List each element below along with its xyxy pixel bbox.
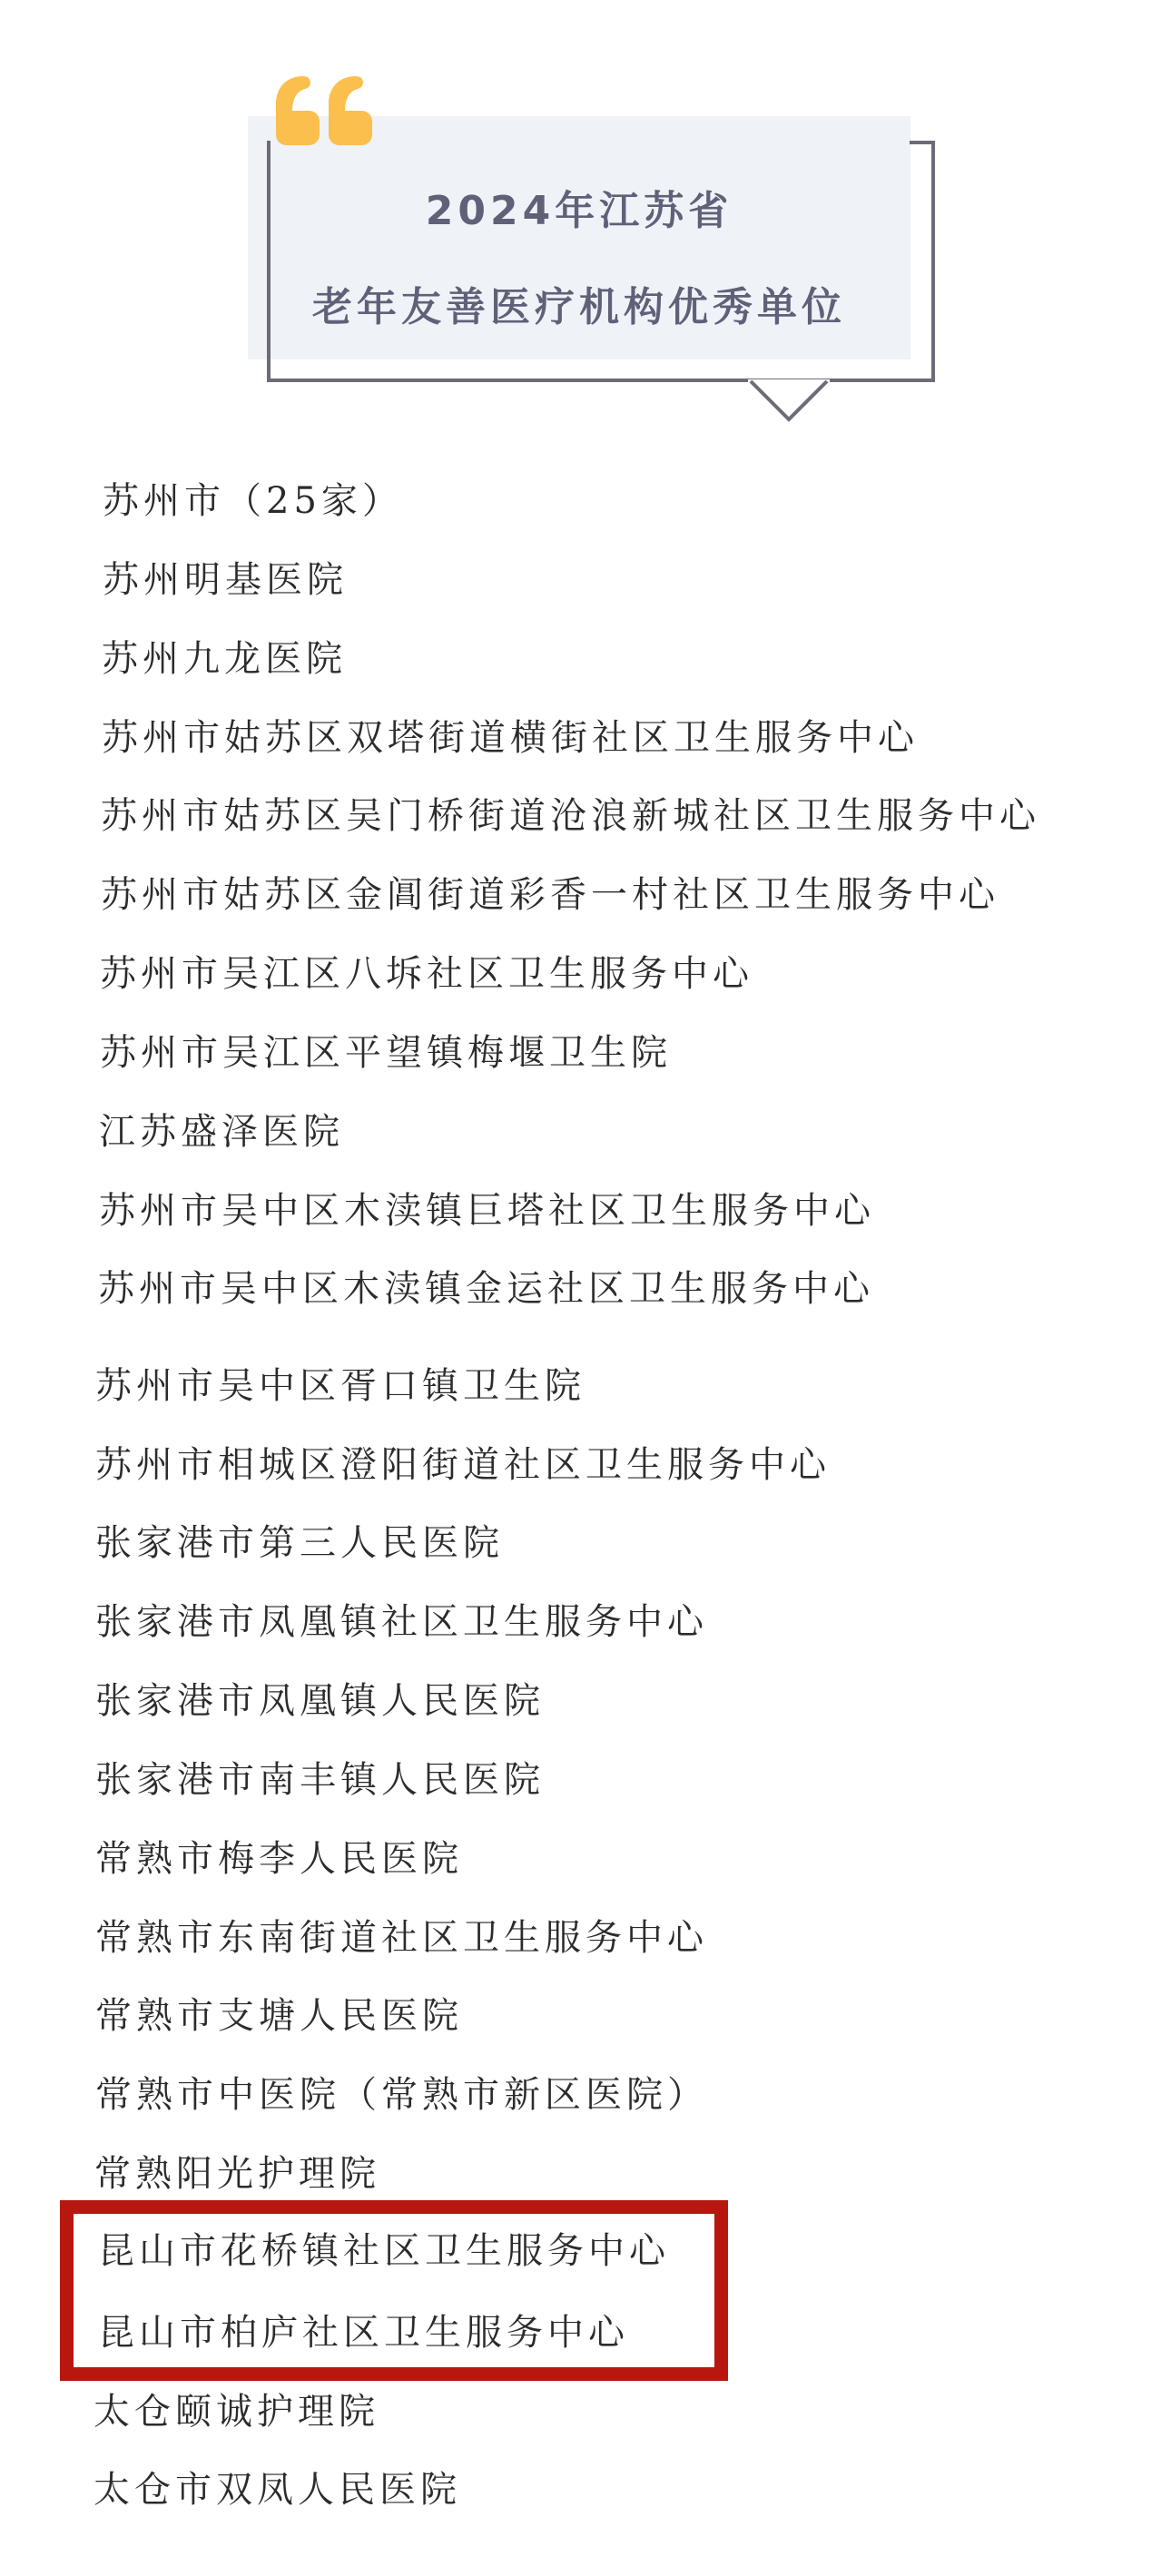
list-item: 苏州明基医院 xyxy=(103,558,348,602)
list-item: 苏州市姑苏区双塔街道横街社区卫生服务中心 xyxy=(102,716,919,760)
outline-top-stub xyxy=(910,141,935,144)
title-card-outline xyxy=(267,141,935,382)
list-item: 江苏盛泽医院 xyxy=(99,1110,344,1154)
list-item: 苏州市吴中区木渎镇巨塔社区卫生服务中心 xyxy=(99,1189,875,1233)
list-item: 常熟阳光护理院 xyxy=(94,2152,380,2196)
list-item: 苏州市姑苏区吴门桥街道沧浪新城社区卫生服务中心 xyxy=(101,794,1040,838)
list-item: 常熟市支塘人民医院 xyxy=(95,1994,463,2038)
list-item: 苏州市吴江区八坼社区卫生服务中心 xyxy=(100,952,753,996)
list-item: 苏州市相城区澄阳街道社区卫生服务中心 xyxy=(95,1443,831,1487)
list-item: 张家港市凤凰镇人民医院 xyxy=(95,1679,545,1723)
list-item: 苏州市吴中区胥口镇卫生院 xyxy=(95,1364,585,1408)
city-heading: 苏州市（25家） xyxy=(103,479,403,523)
quote-open-icon xyxy=(272,74,374,147)
list-item: 常熟市东南街道社区卫生服务中心 xyxy=(95,1916,708,1960)
list-item: 苏州市姑苏区金阊街道彩香一村社区卫生服务中心 xyxy=(101,873,999,917)
list-item: 苏州九龙医院 xyxy=(102,637,347,681)
list-item: 常熟市中医院（常熟市新区医院） xyxy=(95,2073,708,2117)
list-item: 太仓市双凤人民医院 xyxy=(93,2468,461,2512)
list-item: 苏州市吴中区木渎镇金运社区卫生服务中心 xyxy=(98,1267,874,1311)
list-item: 张家港市第三人民医院 xyxy=(95,1521,504,1565)
list-item: 张家港市南丰镇人民医院 xyxy=(95,1758,545,1802)
highlight-box-kunshan xyxy=(60,2200,728,2381)
speech-bubble-notch-icon xyxy=(748,379,830,423)
list-item: 苏州市吴江区平望镇梅堰卫生院 xyxy=(100,1031,672,1075)
list-item: 常熟市梅李人民医院 xyxy=(95,1837,463,1881)
list-item: 太仓颐诚护理院 xyxy=(93,2390,379,2433)
list-item: 张家港市凤凰镇社区卫生服务中心 xyxy=(95,1600,708,1644)
